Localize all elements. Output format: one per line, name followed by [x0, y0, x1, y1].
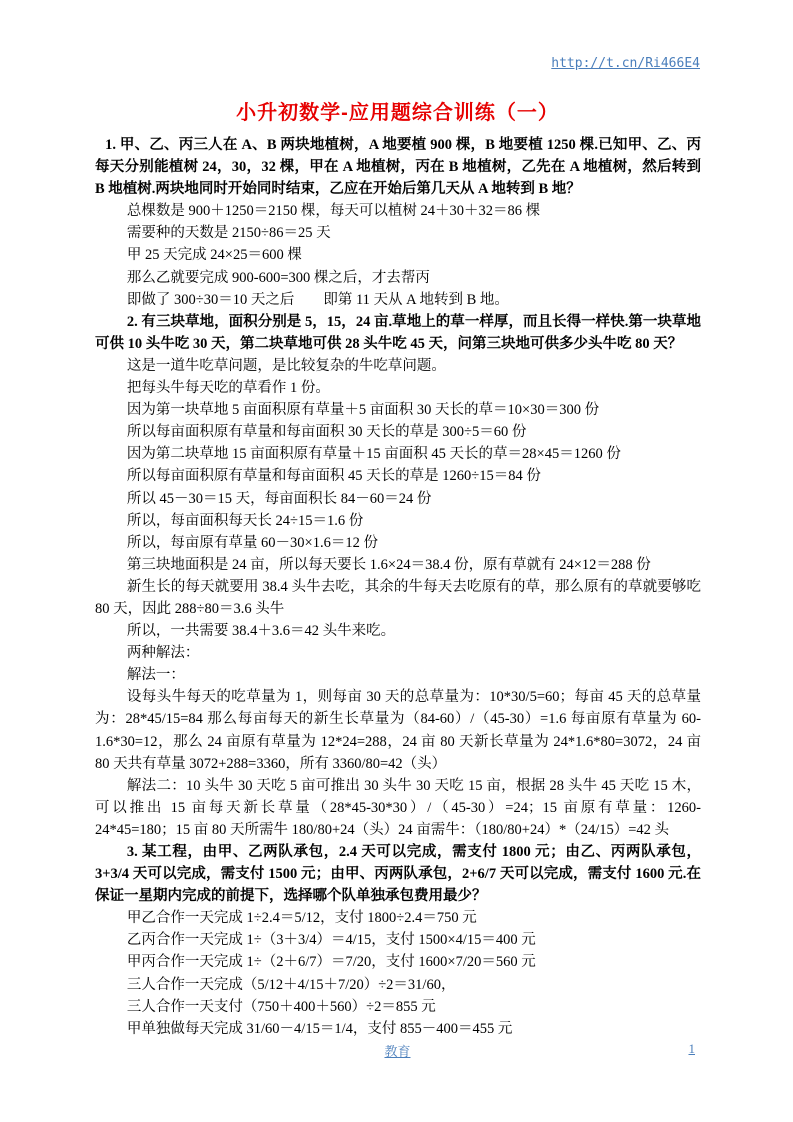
- document-body: 1. 甲、乙、丙三人在 A、B 两块地植树，A 地要植 900 棵，B 地要植 …: [95, 134, 701, 1040]
- problem-paragraph: 2. 有三块草地，面积分别是 5，15，24 亩.草地上的草一样厚，而且长得一样…: [95, 311, 701, 355]
- solution-paragraph: 设每头牛每天的吃草量为 1，则每亩 30 天的总草量为：10*30/5=60；每…: [95, 686, 701, 774]
- solution-paragraph: 因为第一块草地 5 亩面积原有草量＋5 亩面积 30 天长的草＝10×30＝30…: [95, 399, 701, 421]
- solution-paragraph: 所以，每亩原有草量 60－30×1.6＝12 份: [95, 532, 701, 554]
- solution-paragraph: 甲单独做每天完成 31/60－4/15＝1/4，支付 855－400＝455 元: [95, 1018, 701, 1040]
- solution-paragraph: 这是一道牛吃草问题，是比较复杂的牛吃草问题。: [95, 355, 701, 377]
- solution-paragraph: 所以，一共需要 38.4＋3.6＝42 头牛来吃。: [95, 620, 701, 642]
- solution-paragraph: 两种解法：: [95, 642, 701, 664]
- solution-paragraph: 因为第二块草地 15 亩面积原有草量＋15 亩面积 45 天长的草＝28×45＝…: [95, 443, 701, 465]
- document-header: http://t.cn/Ri466E4: [95, 54, 700, 72]
- solution-paragraph: 第三块地面积是 24 亩，所以每天要长 1.6×24＝38.4 份，原有草就有 …: [95, 554, 701, 576]
- solution-paragraph: 所以，每亩面积每天长 24÷15＝1.6 份: [95, 510, 701, 532]
- solution-paragraph: 甲乙合作一天完成 1÷2.4＝5/12，支付 1800÷2.4＝750 元: [95, 907, 701, 929]
- solution-paragraph: 甲 25 天完成 24×25＝600 棵: [95, 244, 701, 266]
- solution-paragraph: 所以 45－30＝15 天，每亩面积长 84－60＝24 份: [95, 488, 701, 510]
- solution-paragraph: 三人合作一天完成（5/12＋4/15＋7/20）÷2＝31/60，: [95, 974, 701, 996]
- footer-page-number[interactable]: 1: [689, 1041, 696, 1057]
- header-url-link[interactable]: http://t.cn/Ri466E4: [551, 56, 700, 71]
- problem-paragraph: 3. 某工程，由甲、乙两队承包，2.4 天可以完成，需支付 1800 元；由乙、…: [95, 841, 701, 907]
- solution-paragraph: 解法一：: [95, 664, 701, 686]
- solution-paragraph: 乙丙合作一天完成 1÷（3＋3/4）＝4/15，支付 1500×4/15＝400…: [95, 929, 701, 951]
- solution-paragraph: 需要种的天数是 2150÷86＝25 天: [95, 222, 701, 244]
- footer-category-link[interactable]: 教育: [95, 1041, 700, 1060]
- solution-paragraph: 所以每亩面积原有草量和每亩面积 45 天长的草是 1260÷15＝84 份: [95, 465, 701, 487]
- problem-paragraph: 1. 甲、乙、丙三人在 A、B 两块地植树，A 地要植 900 棵，B 地要植 …: [95, 134, 701, 200]
- solution-paragraph: 把每头牛每天吃的草看作 1 份。: [95, 377, 701, 399]
- solution-paragraph: 总棵数是 900＋1250＝2150 棵，每天可以植树 24＋30＋32＝86 …: [95, 200, 701, 222]
- solution-paragraph: 所以每亩面积原有草量和每亩面积 30 天长的草是 300÷5＝60 份: [95, 421, 701, 443]
- document-page: http://t.cn/Ri466E4 小升初数学-应用题综合训练（一） 1. …: [0, 0, 793, 1122]
- page-title: 小升初数学-应用题综合训练（一）: [95, 96, 700, 125]
- solution-paragraph: 甲丙合作一天完成 1÷（2＋6/7）＝7/20，支付 1600×7/20＝560…: [95, 951, 701, 973]
- solution-paragraph: 解法二：10 头牛 30 天吃 5 亩可推出 30 头牛 30 天吃 15 亩，…: [95, 775, 701, 841]
- solution-paragraph: 新生长的每天就要用 38.4 头牛去吃，其余的牛每天去吃原有的草，那么原有的草就…: [95, 576, 701, 620]
- solution-paragraph: 三人合作一天支付（750＋400＋560）÷2＝855 元: [95, 996, 701, 1018]
- document-footer: 教育 1: [95, 1041, 700, 1059]
- solution-paragraph: 那么乙就要完成 900-600=300 棵之后，才去帮丙: [95, 267, 701, 289]
- solution-paragraph: 即做了 300÷30＝10 天之后 即第 11 天从 A 地转到 B 地。: [95, 289, 701, 311]
